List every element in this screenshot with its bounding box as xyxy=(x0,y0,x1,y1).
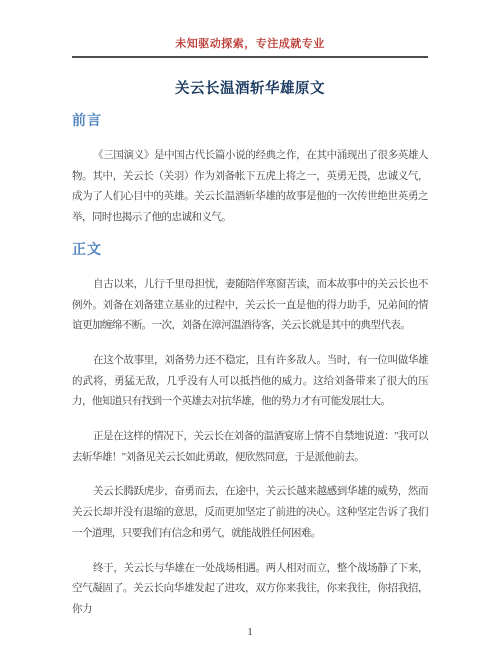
main-text-paragraph-3: 正是在这样的情况下，关云长在刘备的温酒宴席上情不自禁地说道："我可以去斩华雄！"… xyxy=(72,427,428,468)
main-text-paragraph-2: 在这个故事里，刘备势力还不稳定，且有许多敌人。当时，有一位叫做华雄的武将，勇猛无… xyxy=(72,351,428,413)
section-heading-foreword: 前言 xyxy=(72,112,428,132)
section-heading-main-text: 正文 xyxy=(72,241,428,261)
foreword-paragraph: 《三国演义》是中国古代长篇小说的经典之作，在其中涌现出了很多英雄人物。其中，关云… xyxy=(72,146,428,229)
document-page: 未知驱动探索，专注成就专业 关云长温酒斩华雄原文 前言 《三国演义》是中国古代长… xyxy=(0,0,500,647)
header-slogan: 未知驱动探索，专注成就专业 xyxy=(72,37,428,51)
main-text-paragraph-1: 自古以来，儿行千里母担忧，妻随陪伴寒窗苦读，而本故事中的关云长也不例外。刘备在刘… xyxy=(72,275,428,337)
main-text-paragraph-5: 终于，关云长与华雄在一处战场相遇。两人相对而立，整个战场静了下来，空气凝固了。关… xyxy=(72,559,428,621)
document-header: 未知驱动探索，专注成就专业 xyxy=(72,0,428,58)
main-text-paragraph-4: 关云长腾跃虎步，奋勇而去，在途中，关云长越来越感到华雄的威势，然而关云长却并没有… xyxy=(72,482,428,544)
document-title: 关云长温酒斩华雄原文 xyxy=(72,78,428,100)
page-number: 1 xyxy=(72,625,428,640)
